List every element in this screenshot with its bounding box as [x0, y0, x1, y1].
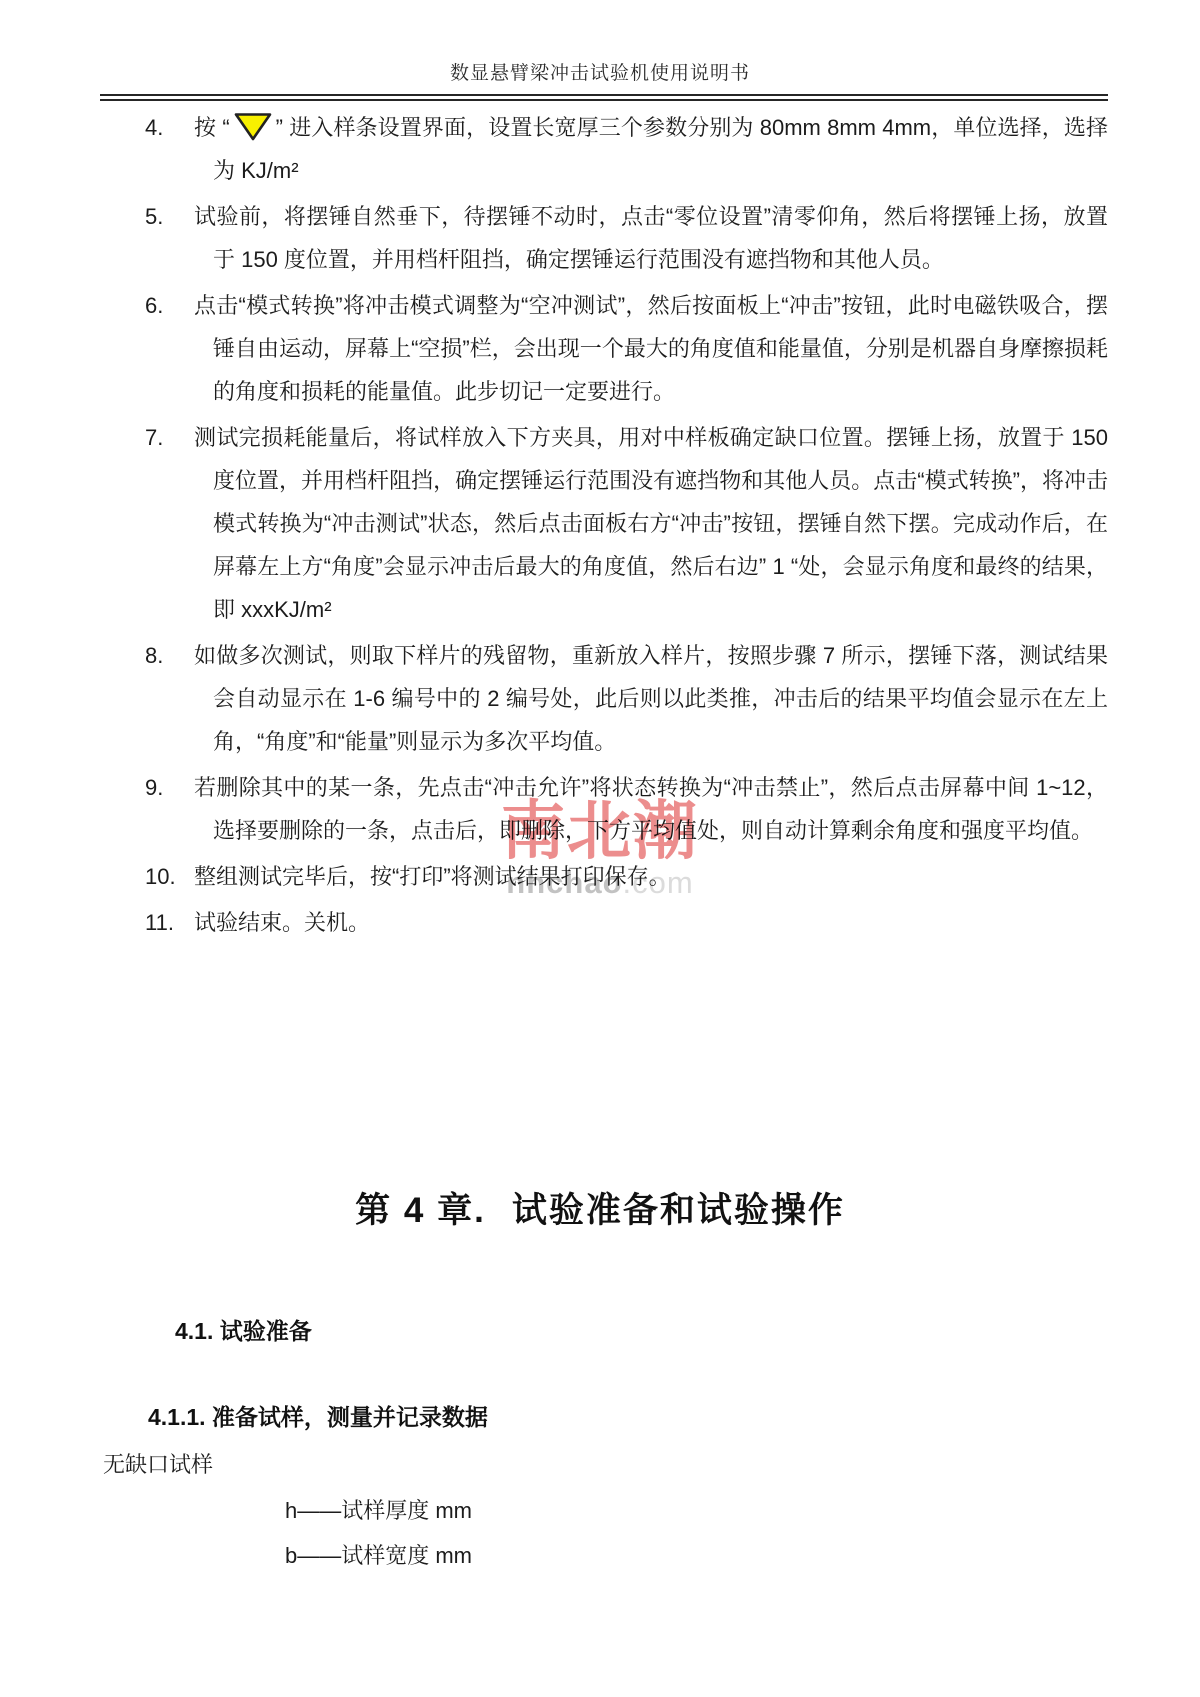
step-item-11: 11. 试验结束。关机。 [100, 901, 1108, 944]
step-text: 整组测试完毕后，按“打印”将测试结果打印保存。 [194, 864, 671, 889]
step-item-5: 5. 试验前，将摆锤自然垂下，待摆锤不动时，点击“零位设置”清零仰角，然后将摆锤… [100, 195, 1108, 281]
chapter-heading: 第 4 章.试验准备和试验操作 [0, 1183, 1200, 1233]
step-number: 7. [145, 416, 163, 459]
step-number: 8. [145, 634, 163, 677]
step-number: 6. [145, 284, 163, 327]
chapter-number: 第 4 章. [355, 1191, 486, 1230]
step-item-10: 10. 整组测试完毕后，按“打印”将测试结果打印保存。 [100, 855, 1108, 898]
section-4-1-heading: 4.1. 试验准备 [175, 1313, 312, 1346]
definition-b-width: b——试样宽度 mm [285, 1539, 472, 1570]
step-text: 试验前，将摆锤自然垂下，待摆锤不动时，点击“零位设置”清零仰角，然后将摆锤上扬，… [194, 204, 1108, 272]
step-item-8: 8. 如做多次测试，则取下样片的残留物，重新放入样片，按照步骤 7 所示，摆锤下… [100, 634, 1108, 763]
yellow-down-triangle-icon [233, 111, 273, 142]
step-number: 11. [145, 901, 174, 944]
step-text: 点击“模式转换”将冲击模式调整为“空冲测试”，然后按面板上“冲击”按钮，此时电磁… [194, 293, 1108, 404]
document-page: 数显悬臂梁冲击试验机使用说明书 4. 按 “” 进入样条设置界面，设置长宽厚三个… [0, 0, 1200, 1697]
chapter-title: 试验准备和试验操作 [512, 1191, 845, 1230]
step-text: 测试完损耗能量后，将试样放入下方夹具，用对中样板确定缺口位置。摆锤上扬，放置于 … [194, 425, 1108, 622]
step-number: 10. [145, 855, 176, 898]
step-text: 试验结束。关机。 [194, 910, 370, 935]
step-number: 9. [145, 766, 163, 809]
step-text: 如做多次测试，则取下样片的残留物，重新放入样片，按照步骤 7 所示，摆锤下落，测… [194, 643, 1108, 754]
definition-h-thickness: h——试样厚度 mm [285, 1494, 472, 1525]
step-text: 按 “” 进入样条设置界面，设置长宽厚三个参数分别为 80mm 8mm 4mm，… [194, 115, 1108, 183]
section-4-1-1-heading: 4.1.1. 准备试样，测量并记录数据 [148, 1399, 488, 1432]
steps-list: 4. 按 “” 进入样条设置界面，设置长宽厚三个参数分别为 80mm 8mm 4… [100, 106, 1108, 947]
step-number: 4. [145, 106, 163, 149]
step-item-7: 7. 测试完损耗能量后，将试样放入下方夹具，用对中样板确定缺口位置。摆锤上扬，放… [100, 416, 1108, 631]
step-item-6: 6. 点击“模式转换”将冲击模式调整为“空冲测试”，然后按面板上“冲击”按钮，此… [100, 284, 1108, 413]
step-item-4: 4. 按 “” 进入样条设置界面，设置长宽厚三个参数分别为 80mm 8mm 4… [100, 106, 1108, 192]
step-number: 5. [145, 195, 163, 238]
unnotched-specimen-label: 无缺口试样 [103, 1448, 213, 1479]
step-item-9: 9. 若删除其中的某一条，先点击“冲击允许”将状态转换为“冲击禁止”，然后点击屏… [100, 766, 1108, 852]
step-text: 若删除其中的某一条，先点击“冲击允许”将状态转换为“冲击禁止”，然后点击屏幕中间… [194, 775, 1108, 843]
page-header-title: 数显悬臂梁冲击试验机使用说明书 [0, 58, 1200, 85]
header-divider [100, 94, 1108, 101]
